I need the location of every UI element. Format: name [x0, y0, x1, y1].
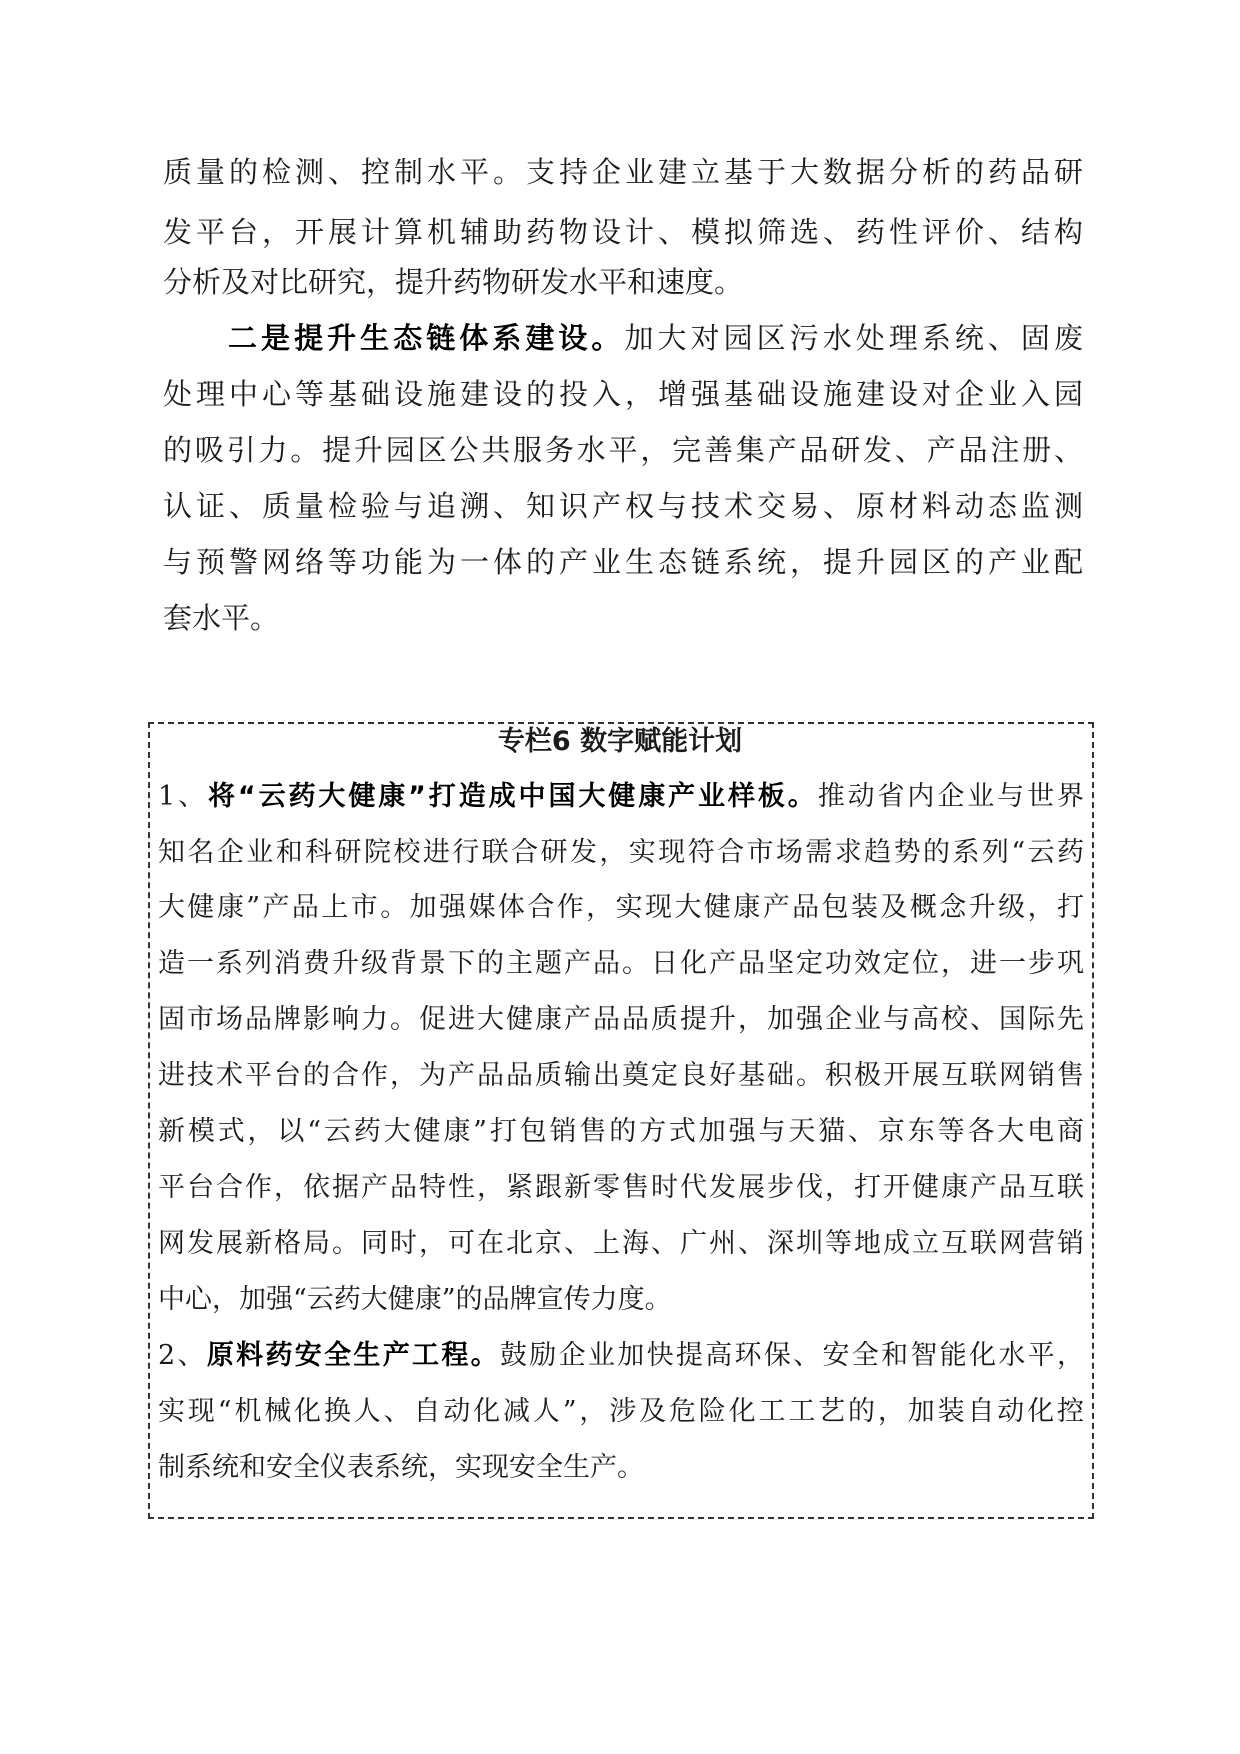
paragraph-first-line: 二是提升生态链体系建设。加大对园区污水处理系统、固废 [228, 318, 1083, 358]
column-text-line: 中心，加强“云药大健康”的品牌宣传力度。 [158, 1281, 1084, 1319]
column-text-line: 平台合作，依据产品特性，紧跟新零售时代发展步伐，打开健康产品互联 [158, 1169, 1084, 1207]
document-page: 质量的检测、控制水平。支持企业建立基于大数据分析的药品研 发平台，开展计算机辅助… [0, 0, 1240, 1754]
column-item-first-line: 2、原料药安全生产工程。鼓励企业加快提高环保、安全和智能化水平， [158, 1337, 1084, 1375]
body-text-line: 的吸引力。提升园区公共服务水平，完善集产品研发、产品注册、 [163, 430, 1083, 470]
body-text-line: 质量的检测、控制水平。支持企业建立基于大数据分析的药品研 [163, 152, 1083, 192]
column-item-first-line: 1、将“云药大健康”打造成中国大健康产业样板。推动省内企业与世界 [158, 778, 1084, 816]
item-number: 1、 [158, 781, 208, 812]
body-text-line: 分析及对比研究，提升药物研发水平和速度。 [163, 262, 1083, 302]
item-text: 推动省内企业与世界 [818, 781, 1084, 812]
body-text-line: 发平台，开展计算机辅助药物设计、模拟筛选、药性评价、结构 [163, 212, 1083, 252]
column-text-line: 进技术平台的合作，为产品品质输出奠定良好基础。积极开展互联网销售 [158, 1057, 1084, 1095]
item-heading: 原料药安全生产工程。 [207, 1340, 500, 1371]
column-box-title: 专栏6 数字赋能计划 [0, 723, 1240, 761]
column-text-line: 实现“机械化换人、自动化减人”，涉及危险化工工艺的，加装自动化控 [158, 1393, 1084, 1431]
item-text: 鼓励企业加快提高环保、安全和智能化水平， [500, 1340, 1084, 1371]
item-number: 2、 [158, 1340, 207, 1371]
paragraph-heading: 二是提升生态链体系建设。 [228, 321, 624, 355]
body-text-line: 套水平。 [163, 598, 1083, 638]
body-text-line: 认证、质量检验与追溯、知识产权与技术交易、原材料动态监测 [163, 486, 1083, 526]
body-text-line: 与预警网络等功能为一体的产业生态链系统，提升园区的产业配 [163, 542, 1083, 582]
item-heading: 将“云药大健康”打造成中国大健康产业样板。 [208, 781, 818, 812]
column-text-line: 大健康”产品上市。加强媒体合作，实现大健康产品包装及概念升级，打 [158, 889, 1084, 927]
body-text: 加大对园区污水处理系统、固废 [624, 321, 1083, 355]
column-text-line: 制系统和安全仪表系统，实现安全生产。 [158, 1449, 1084, 1487]
column-text-line: 造一系列消费升级背景下的主题产品。日化产品坚定功效定位，进一步巩 [158, 945, 1084, 983]
column-text-line: 知名企业和科研院校进行联合研发，实现符合市场需求趋势的系列“云药 [158, 834, 1084, 872]
column-text-line: 固市场品牌影响力。促进大健康产品品质提升，加强企业与高校、国际先 [158, 1001, 1084, 1039]
column-text-line: 网发展新格局。同时，可在北京、上海、广州、深圳等地成立互联网营销 [158, 1225, 1084, 1263]
column-text-line: 新模式，以“云药大健康”打包销售的方式加强与天猫、京东等各大电商 [158, 1113, 1084, 1151]
body-text-line: 处理中心等基础设施建设的投入，增强基础设施建设对企业入园 [163, 374, 1083, 414]
